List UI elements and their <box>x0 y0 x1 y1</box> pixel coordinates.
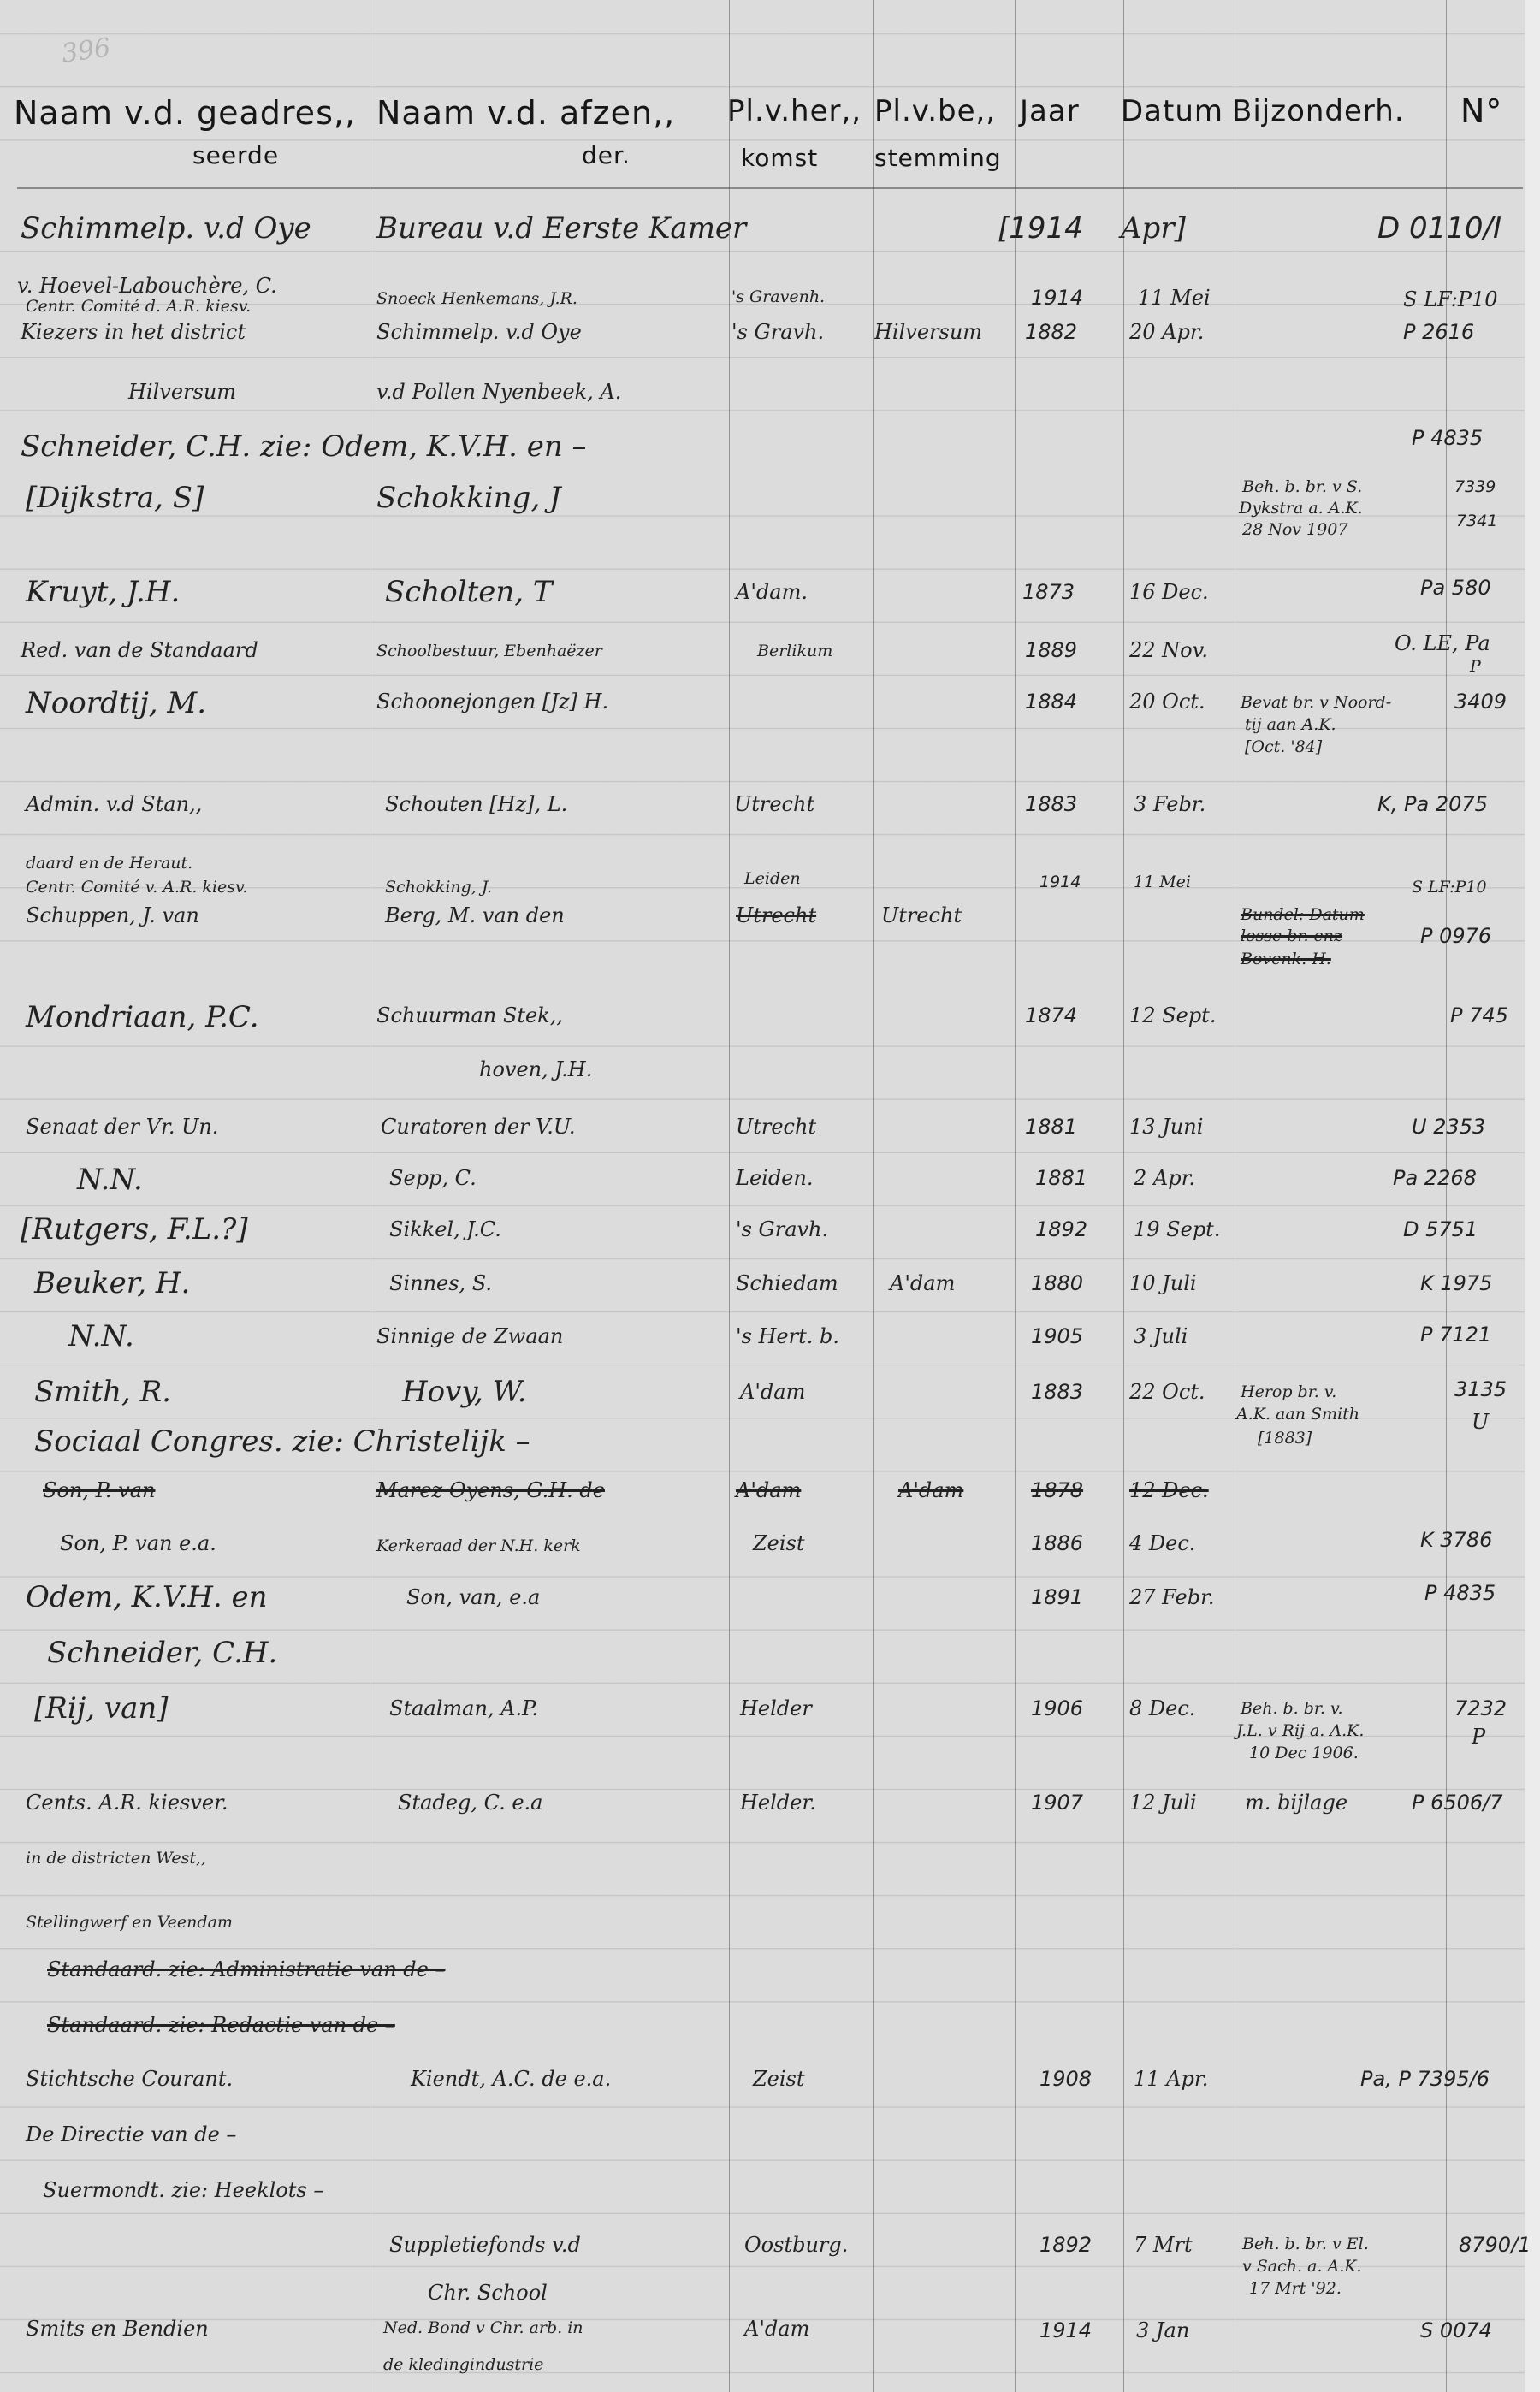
entry-jaar: 1884 <box>1025 691 1077 712</box>
entry-geadresseerde: Son, P. van e.a. <box>60 1533 216 1554</box>
column-divider <box>873 0 874 2392</box>
entry-nummer: 7341 <box>1456 513 1497 530</box>
entry-afzender: Snoeck Henkemans, J.R. <box>376 291 577 307</box>
entry-nummer: P 2616 <box>1403 322 1474 342</box>
entry-nummer: P 745 <box>1450 1005 1508 1026</box>
entry-geadresseerde: Kiezers in het district <box>21 322 246 342</box>
entry-herkomst: 's Gravenh. <box>731 289 825 305</box>
entry-geadresseerde: Odem, K.V.H. en <box>26 1583 268 1612</box>
entry-nummer: P 4835 <box>1412 428 1483 448</box>
entry-herkomst: A'dam <box>744 2318 809 2339</box>
entry-jaar: 1892 <box>1039 2235 1092 2255</box>
entry-geadresseerde: Admin. v.d Stan,, <box>26 794 202 814</box>
entry-bijzonderheden: Herop br. v. <box>1241 1384 1336 1400</box>
entry-herkomst: A'dam. <box>736 582 808 602</box>
entry-geadresseerde: Cents. A.R. kiesver. <box>26 1792 228 1813</box>
entry-datum: 13 Juni <box>1129 1116 1203 1137</box>
header-geadresseerde-cont: seerde <box>192 141 279 169</box>
entry-jaar: 1892 <box>1035 1219 1087 1240</box>
column-divider <box>1123 0 1124 2392</box>
entry-bijzonderheden: J.L. v Rij a. A.K. <box>1236 1723 1364 1739</box>
entry-datum: 12 Juli <box>1129 1792 1197 1813</box>
header-datum: Datum <box>1121 94 1223 128</box>
entry-bijzonderheden: A.K. aan Smith <box>1236 1406 1359 1423</box>
entry-jaar: [1914 <box>998 214 1083 243</box>
entry-datum: 20 Oct. <box>1129 691 1205 712</box>
entry-jaar: 1906 <box>1031 1698 1083 1719</box>
entry-bestemming: Hilversum <box>874 322 982 342</box>
entry-datum: 11 Mei <box>1134 874 1191 891</box>
entry-herkomst: Helder <box>740 1698 812 1719</box>
entry-geadresseerde: N.N. <box>77 1165 143 1194</box>
entry-afzender: Schoonejongen [Jz] H. <box>376 691 608 712</box>
entry-geadresseerde: Centr. Comité d. A.R. kiesv. <box>26 299 251 315</box>
entry-nummer: P 4835 <box>1424 1583 1496 1603</box>
entry-geadresseerde: Senaat der Vr. Un. <box>26 1116 218 1137</box>
entry-jaar: 1883 <box>1025 794 1077 814</box>
entry-geadresseerde: [Rij, van] <box>34 1694 169 1723</box>
entry-herkomst: 's Gravh. <box>731 322 824 342</box>
entry-bijzonderheden: Dykstra a. A.K. <box>1239 500 1363 517</box>
entry-geadresseerde: Sociaal Congres. zie: Christelijk – <box>34 1427 530 1456</box>
entry-afzender: Sepp, C. <box>389 1168 477 1188</box>
entry-afzender-cont: de kledingindustrie <box>383 2357 543 2373</box>
entry-geadresseerde: Stellingwerf en Veendam <box>26 1915 233 1931</box>
entry-bijzonderheden: 28 Nov 1907 <box>1242 522 1347 538</box>
entry-afzender: Schokking, J. <box>385 879 492 896</box>
header-herkomst-cont: komst <box>741 144 818 172</box>
header-nummer: N° <box>1460 92 1502 130</box>
entry-jaar: 1905 <box>1031 1326 1083 1347</box>
entry-herkomst: 's Gravh. <box>736 1219 828 1240</box>
entry-herkomst: Utrecht <box>736 905 816 926</box>
entry-herkomst: Zeist <box>753 2069 805 2089</box>
entry-bijzonderheden: Bundel: Datum <box>1241 907 1365 923</box>
entry-nummer: P 6506/7 <box>1412 1792 1503 1813</box>
column-divider <box>1446 0 1447 2392</box>
entry-datum: 27 Febr. <box>1129 1587 1215 1607</box>
entry-geadresseerde: [Rutgers, F.L.?] <box>21 1215 248 1244</box>
entry-nummer: Pa 580 <box>1420 577 1491 598</box>
entry-nummer: U <box>1472 1412 1489 1432</box>
entry-datum: Apr] <box>1121 214 1186 243</box>
entry-datum: 3 Febr. <box>1134 794 1205 814</box>
entry-afzender: Staalman, A.P. <box>389 1698 538 1719</box>
entry-datum: 8 Dec. <box>1129 1698 1195 1719</box>
entry-nummer: Pa, P 7395/6 <box>1360 2069 1490 2089</box>
entry-afzender: Sinnige de Zwaan <box>376 1326 563 1347</box>
entry-geadresseerde: daard en de Heraut. <box>26 856 192 872</box>
header-jaar: Jaar <box>1020 94 1080 128</box>
entry-nummer: P <box>1470 659 1481 675</box>
entry-geadresseerde: Schuppen, J. van <box>26 905 199 926</box>
entry-nummer: S LF:P10 <box>1412 879 1487 896</box>
entry-datum: 12 Dec. <box>1129 1480 1209 1501</box>
entry-geadresseerde: Schneider, C.H. zie: Odem, K.V.H. en – <box>21 432 587 461</box>
entry-afzender-cont: Chr. School <box>428 2282 548 2303</box>
entry-geadresseerde: Red. van de Standaard <box>21 640 258 660</box>
entry-jaar: 1883 <box>1031 1382 1083 1402</box>
entry-afzender: Sikkel, J.C. <box>389 1219 501 1240</box>
entry-herkomst: Leiden. <box>736 1168 813 1188</box>
header-herkomst: Pl.v.her,, <box>727 94 862 128</box>
entry-jaar: 1889 <box>1025 640 1077 660</box>
entry-datum: 19 Sept. <box>1134 1219 1220 1240</box>
entry-datum: 3 Jan <box>1136 2320 1189 2341</box>
entry-geadresseerde: De Directie van de – <box>26 2124 236 2145</box>
entry-bijzonderheden: Beh. b. br. v El. <box>1242 2236 1369 2253</box>
entry-datum: 16 Dec. <box>1129 582 1209 602</box>
entry-jaar: 1874 <box>1025 1005 1077 1026</box>
entry-bijzonderheden: Beh. b. br. v. <box>1241 1701 1343 1717</box>
header-bijzonderheden: Bijzonderh. <box>1232 94 1405 128</box>
entry-bestemming: Utrecht <box>881 905 962 926</box>
entry-geadresseerde: Standaard. zie: Administratie van de – <box>47 1959 445 1980</box>
entry-afzender: Schuurman Stek,, <box>376 1005 563 1026</box>
entry-nummer: D 5751 <box>1403 1219 1478 1240</box>
entry-bijzonderheden: m. bijlage <box>1245 1792 1347 1813</box>
header-afzender-cont: der. <box>582 141 631 169</box>
entry-herkomst: Oostburg. <box>744 2235 848 2255</box>
entry-jaar: 1881 <box>1035 1168 1087 1188</box>
entry-geadresseerde: in de districten West,, <box>26 1850 206 1867</box>
entry-jaar: 1886 <box>1031 1533 1083 1554</box>
entry-nummer: 3409 <box>1454 691 1507 712</box>
entry-afzender: Stadeg, C. e.a <box>398 1792 543 1813</box>
entry-jaar: 1880 <box>1031 1273 1083 1294</box>
entry-nummer: Pa 2268 <box>1393 1168 1477 1188</box>
entry-afzender: Suppletiefonds v.d <box>389 2235 581 2255</box>
entry-geadresseerde: v. Hoevel-Labouchère, C. <box>17 275 277 296</box>
entry-geadresseerde: Suermondt. zie: Heeklots – <box>43 2180 323 2200</box>
entry-bestemming: A'dam <box>898 1480 963 1501</box>
register-page: 396 Naam v.d. geadres,, seerde Naam v.d.… <box>0 0 1525 2392</box>
entry-geadresseerde: Beuker, H. <box>34 1269 190 1298</box>
entry-afzender: Ned. Bond v Chr. arb. in <box>383 2320 583 2336</box>
entry-datum: 10 Juli <box>1129 1273 1197 1294</box>
header-bestemming: Pl.v.be,, <box>874 94 996 128</box>
entry-datum: 12 Sept. <box>1129 1005 1216 1026</box>
entry-geadresseerde: Stichtsche Courant. <box>26 2069 233 2089</box>
entry-datum: 22 Oct. <box>1129 1382 1205 1402</box>
entry-jaar: 1878 <box>1031 1480 1083 1501</box>
entry-bijzonderheden: [Oct. '84] <box>1245 739 1322 755</box>
entry-geadresseerde: [Dijkstra, S] <box>26 483 204 512</box>
entry-nummer: 3135 <box>1454 1379 1507 1400</box>
entry-geadresseerde: Smith, R. <box>34 1377 171 1406</box>
entry-jaar: 1908 <box>1039 2069 1092 2089</box>
entry-bijzonderheden: Beh. b. br. v S. <box>1242 479 1362 495</box>
entry-datum: 2 Apr. <box>1134 1168 1195 1188</box>
entry-herkomst: A'dam <box>736 1480 801 1501</box>
entry-datum: 7 Mrt <box>1134 2235 1193 2255</box>
entry-geadresseerde: Son, P. van <box>43 1480 155 1501</box>
entry-bijzonderheden: Bovenk. H. <box>1241 951 1331 968</box>
entry-bijzonderheden: losse br. enz <box>1241 928 1342 944</box>
entry-afzender: Son, van, e.a <box>406 1587 540 1607</box>
entry-afzender: Kerkeraad der N.H. kerk <box>376 1538 581 1554</box>
entry-bestemming: A'dam <box>890 1273 955 1294</box>
entry-geadresseerde: Smits en Bendien <box>26 2318 209 2339</box>
entry-afzender: Scholten, T <box>385 577 553 607</box>
entry-herkomst: Zeist <box>753 1533 805 1554</box>
entry-nummer: K 3786 <box>1420 1530 1492 1550</box>
entry-afzender: Curatoren der V.U. <box>381 1116 576 1137</box>
entry-afzender: Sinnes, S. <box>389 1273 492 1294</box>
entry-datum: 22 Nov. <box>1129 640 1208 660</box>
entry-datum: 11 Apr. <box>1134 2069 1208 2089</box>
header-rule <box>17 187 1523 189</box>
entry-nummer: P <box>1472 1726 1485 1747</box>
entry-bijzonderheden: 17 Mrt '92. <box>1249 2281 1342 2297</box>
entry-nummer: K 1975 <box>1420 1273 1492 1294</box>
entry-afzender: Schimmelp. v.d Oye <box>376 322 582 342</box>
entry-afzender: Hovy, W. <box>402 1377 526 1406</box>
entry-nummer: S 0074 <box>1420 2320 1492 2341</box>
entry-bijzonderheden: Bevat br. v Noord- <box>1241 695 1391 711</box>
entry-nummer: S LF:P10 <box>1403 289 1498 310</box>
entry-afzender: Berg, M. van den <box>385 905 565 926</box>
entry-nummer: D 0110/I <box>1377 214 1501 243</box>
entry-herkomst: Utrecht <box>736 1116 816 1137</box>
entry-afzender: Bureau v.d Eerste Kamer <box>376 214 746 243</box>
entry-herkomst: A'dam <box>740 1382 805 1402</box>
entry-jaar: 1891 <box>1031 1587 1083 1607</box>
entry-datum: 20 Apr. <box>1129 322 1204 342</box>
entry-nummer: O. LE, Pa <box>1395 633 1490 654</box>
entry-bijzonderheden: [1883] <box>1258 1430 1312 1447</box>
entry-afzender-cont: hoven, J.H. <box>479 1059 592 1080</box>
entry-geadresseerde: Centr. Comité v. A.R. kiesv. <box>26 879 248 896</box>
entry-nummer: 8790/1 <box>1459 2235 1531 2255</box>
entry-geadresseerde: N.N. <box>68 1322 134 1351</box>
entry-nummer: K, Pa 2075 <box>1377 794 1488 814</box>
entry-geadresseerde: Mondriaan, P.C. <box>26 1003 259 1032</box>
column-divider <box>1015 0 1016 2392</box>
page-edge <box>1525 0 1540 2392</box>
entry-jaar: 1914 <box>1039 2320 1092 2341</box>
entry-geadresseerde: Schneider, C.H. <box>47 1638 277 1667</box>
entry-geadresseerde: Noordtij, M. <box>26 689 206 718</box>
entry-nummer: P 7121 <box>1420 1324 1491 1345</box>
entry-afzender: Schokking, J <box>376 483 561 512</box>
column-divider <box>1235 0 1235 2392</box>
entry-nummer: U 2353 <box>1412 1116 1485 1137</box>
entry-jaar: 1907 <box>1031 1792 1083 1813</box>
entry-nummer: P 0976 <box>1420 926 1491 946</box>
entry-herkomst: Helder. <box>740 1792 816 1813</box>
entry-geadresseerde: Kruyt, J.H. <box>26 577 180 607</box>
entry-herkomst: Schiedam <box>736 1273 838 1294</box>
entry-herkomst: Utrecht <box>734 794 814 814</box>
entry-nummer: 7339 <box>1454 479 1496 495</box>
entry-afzender: Schouten [Hz], L. <box>385 794 567 814</box>
entry-bijzonderheden: v Sach. a. A.K. <box>1242 2259 1361 2275</box>
entry-geadresseerde: Hilversum <box>128 382 236 402</box>
entry-jaar: 1873 <box>1022 582 1075 602</box>
entry-afzender: Kiendt, A.C. de e.a. <box>411 2069 611 2089</box>
entry-geadresseerde: Standaard. zie: Redactie van de – <box>47 2015 395 2035</box>
header-afzender: Naam v.d. afzen,, <box>376 94 675 132</box>
entry-datum: 4 Dec. <box>1129 1533 1195 1554</box>
header-geadresseerde: Naam v.d. geadres,, <box>14 94 356 132</box>
entry-geadresseerde: Schimmelp. v.d Oye <box>21 214 311 243</box>
entry-afzender: Marez Oyens, G.H. de <box>376 1480 605 1501</box>
entry-jaar: 1881 <box>1025 1116 1077 1137</box>
entry-jaar: 1914 <box>1039 874 1081 891</box>
entry-datum: 3 Juli <box>1134 1326 1188 1347</box>
entry-bijzonderheden: tij aan A.K. <box>1245 717 1336 733</box>
entry-afzender: v.d Pollen Nyenbeek, A. <box>376 382 621 402</box>
column-divider <box>729 0 730 2392</box>
entry-jaar: 1882 <box>1025 322 1077 342</box>
entry-herkomst: Berlikum <box>757 643 832 660</box>
entry-datum: 11 Mei <box>1138 287 1211 308</box>
pencil-page-number: 396 <box>60 33 113 69</box>
entry-jaar: 1914 <box>1031 287 1083 308</box>
entry-herkomst: 's Hert. b. <box>736 1326 839 1347</box>
entry-nummer: 7232 <box>1454 1698 1507 1719</box>
entry-herkomst: Leiden <box>744 871 801 887</box>
entry-afzender: Schoolbestuur, Ebenhaëzer <box>376 643 602 660</box>
header-bestemming-cont: stemming <box>874 144 1002 172</box>
entry-bijzonderheden: 10 Dec 1906. <box>1249 1745 1359 1761</box>
